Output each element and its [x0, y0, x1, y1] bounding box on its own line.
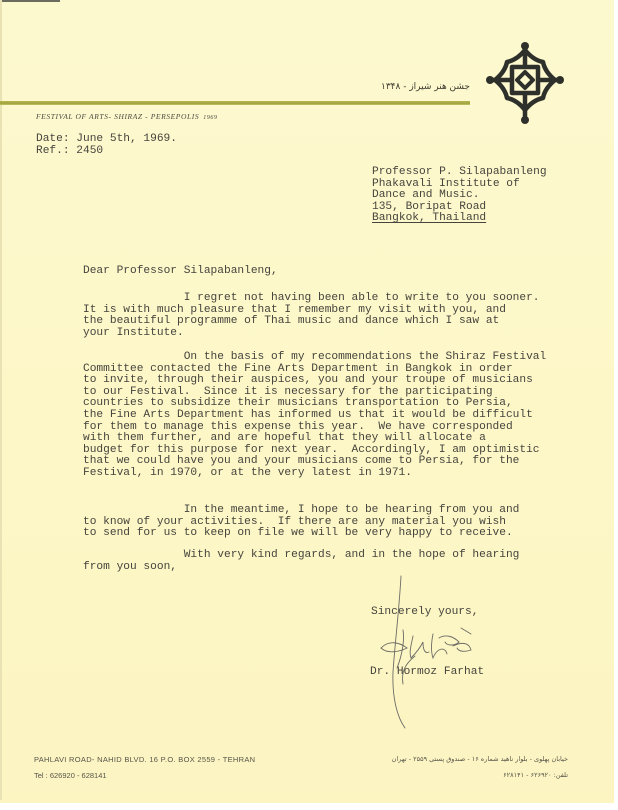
page-left-edge	[0, 0, 2, 800]
footer-address-persian: خیابان پهلوی - بلوار ناهید شماره ۱۶ - صن…	[370, 755, 568, 763]
handwritten-signature	[375, 572, 505, 732]
festival-heading: FESTIVAL OF ARTS- SHIRAZ - PERSEPOLIS196…	[36, 112, 218, 121]
body-line: On the basis of my recommendations the S…	[83, 352, 546, 364]
recipient-city: Bangkok, Thailand	[372, 213, 547, 225]
recipient-line: Professor P. Silapabanleng	[372, 167, 547, 179]
salutation: Dear Professor Silapabanleng,	[83, 266, 278, 278]
signer-name: Dr. Hormoz Farhat	[370, 667, 484, 679]
ref-line: Ref.: 2450	[36, 146, 177, 158]
paragraph-4: With very kind regards, and in the hope …	[83, 550, 519, 573]
body-line: Festival, in 1970, or at the very latest…	[83, 468, 546, 480]
page-right-edge	[614, 0, 618, 810]
letter-page: جشن هنر شیراز - ۱۳۴۸ FESTIVAL OF ARTS- S…	[0, 0, 618, 810]
persian-festival-title: جشن هنر شیراز - ۱۳۴۸	[370, 82, 470, 92]
body-line: In the meantime, I hope to be hearing fr…	[83, 505, 519, 517]
body-line: I regret not having been able to write t…	[83, 293, 540, 305]
footer-telephone: Tel : 626920 - 628141	[34, 771, 107, 780]
festival-name: FESTIVAL OF ARTS- SHIRAZ - PERSEPOLIS	[36, 112, 199, 121]
body-line: the Fine Arts Department has informed us…	[83, 410, 546, 422]
paragraph-3: In the meantime, I hope to be hearing fr…	[83, 505, 519, 540]
body-line: with them further, and are hopeful that …	[83, 433, 546, 445]
footer-telephone-persian: تلفن: ۶۲۶۹۲۰ - ۶۲۸۱۴۱	[400, 771, 568, 779]
footer-address: PAHLAVI ROAD- NAHID BLVD. 16 P.O. BOX 25…	[34, 755, 255, 764]
scan-edge-mark	[0, 0, 60, 2]
date-line: Date: June 5th, 1969.	[36, 134, 177, 146]
paragraph-2: On the basis of my recommendations the S…	[83, 352, 546, 480]
date-ref-block: Date: June 5th, 1969. Ref.: 2450	[36, 134, 177, 157]
letterhead-rule	[0, 101, 470, 105]
festival-year: 1969	[203, 115, 217, 121]
page-bottom-edge	[0, 803, 618, 810]
body-line: your Institute.	[83, 328, 540, 340]
festival-emblem-icon	[485, 38, 565, 128]
recipient-address: Professor P. Silapabanleng Phakavali Ins…	[372, 167, 547, 225]
paragraph-1: I regret not having been able to write t…	[83, 293, 540, 339]
body-line: With very kind regards, and in the hope …	[83, 550, 519, 562]
body-line: to send for us to keep on file we will b…	[83, 528, 519, 540]
